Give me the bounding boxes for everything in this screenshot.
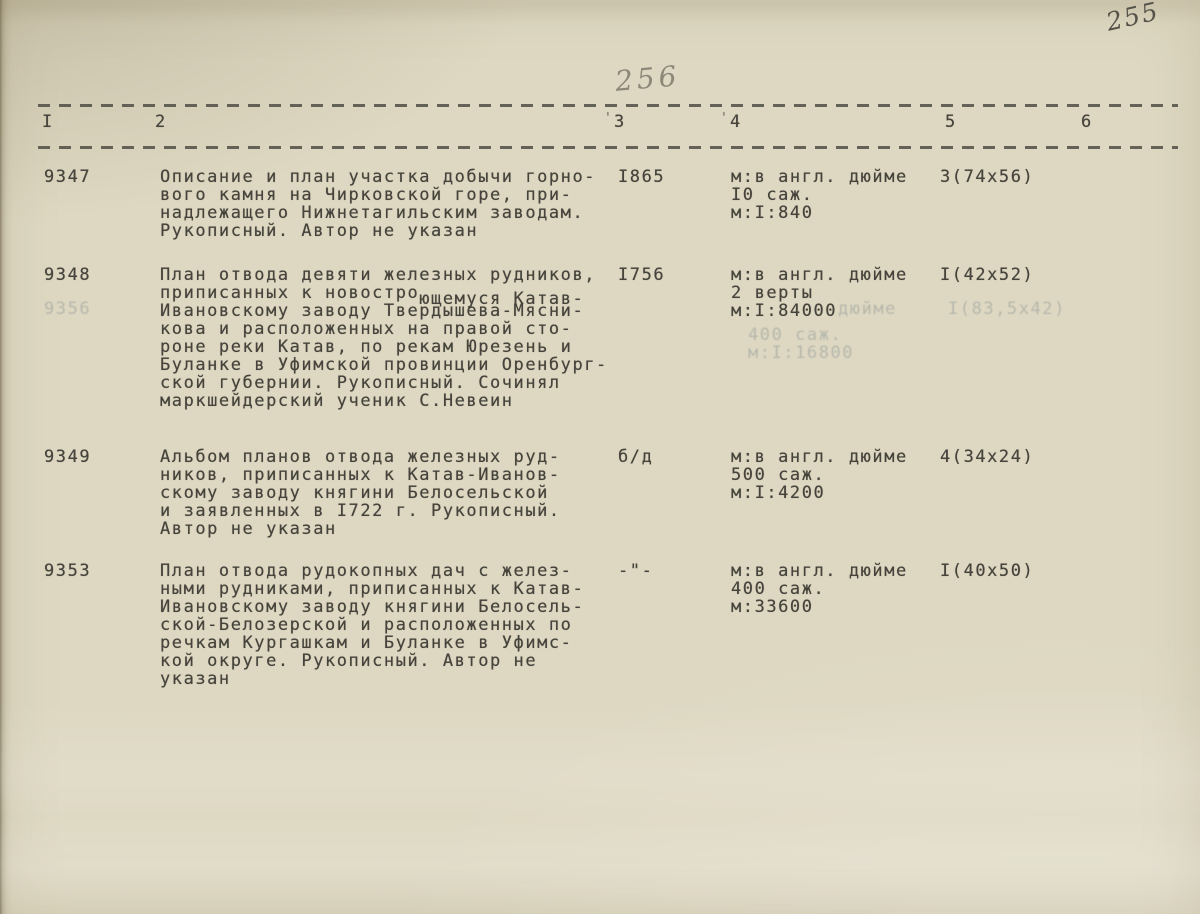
entry-description-line: План отвода девяти железных рудников, [160, 266, 630, 284]
entry-description-line: скому заводу княгини Белосельской [160, 484, 630, 502]
bleedthrough-text: м:I:16800 [748, 344, 854, 362]
entry-description-line: кова и расположенных на правой сто- [160, 320, 630, 338]
column-header-5: 5 [945, 113, 957, 131]
entry-description-line: ников, приписанных к Катав-Иванов- [160, 466, 630, 484]
entry-scale: м:в англ. дюйме I0 саж. м:I:840 [731, 168, 951, 222]
entry-id: 9353 [44, 562, 91, 580]
entry-description-line: речкам Кургашкам и Буланке в Уфимс- [160, 634, 630, 652]
bleedthrough-text: I(83,5х42) [948, 300, 1066, 318]
column-header-1: I [42, 113, 54, 131]
entry-size: 4(34х24) [940, 448, 1034, 466]
entry-date: I756 [618, 266, 665, 284]
entry-id: 9348 [44, 266, 91, 284]
entry-scale-line: м:в англ. дюйме [731, 448, 951, 466]
entry-description-line: маркшейдерский ученик С.Невеин [160, 392, 630, 410]
tick-mark: ' [604, 110, 613, 128]
entry-description-line: ными рудниками, приписанных к Катав- [160, 580, 630, 598]
entry-date: -"- [618, 562, 653, 580]
entry-scale: м:в англ. дюйме 500 саж. м:I:4200 [731, 448, 951, 502]
entry-date: б/д [618, 448, 653, 466]
entry-size: I(40х50) [940, 562, 1034, 580]
column-header-6: 6 [1081, 113, 1093, 131]
handwritten-page-number-center: 256 [614, 59, 682, 98]
entry-description-line: Ивановскому заводу княгини Белосель- [160, 598, 630, 616]
column-header-4: 4 [730, 113, 742, 131]
entry-description-line: Описание и план участка добычи горно- [160, 168, 630, 186]
entry-id: 9349 [44, 448, 91, 466]
bleedthrough-text: дюйме [838, 300, 897, 318]
entry-description-line: Автор не указан [160, 520, 630, 538]
entry-description-line: План отвода рудокопных дач с желез- [160, 562, 630, 580]
entry-description-line: ской губернии. Рукописный. Сочинял [160, 374, 630, 392]
entry-date: I865 [618, 168, 665, 186]
entry-description-line: указан [160, 670, 630, 688]
entry-description-line: Рукописный. Автор не указан [160, 222, 630, 240]
entry-description-line: приписанных к новостроющемуся Катав- [160, 284, 630, 302]
entry-id: 9347 [44, 168, 91, 186]
entry-scale-line: м:в англ. дюйме [731, 562, 951, 580]
entry-size: I(42х52) [940, 266, 1034, 284]
column-header-3: 3 [614, 113, 626, 131]
bleedthrough-text: 400 саж. [748, 326, 842, 344]
entry-description-line: Буланке в Уфимской провинции Оренбург- [160, 356, 630, 374]
scanned-archive-page: 256 255 I 2 ' 3 ' 4 5 6 9347 Описание и … [0, 0, 1200, 914]
entry-description-line: роне реки Катав, по рекам Юрезень и [160, 338, 630, 356]
entry-scale-line: м:в англ. дюйме [731, 266, 951, 284]
entry-description-segment-dropped: ющемуся Катав- [419, 289, 584, 309]
entry-description-line: вого камня на Чирковской горе, при- [160, 186, 630, 204]
entry-scale-line: 400 саж. [731, 580, 951, 598]
handwritten-page-number-corner: 255 [1103, 0, 1162, 37]
entry-description: Альбом планов отвода железных руд- ников… [160, 448, 630, 538]
entry-description: Описание и план участка добычи горно- во… [160, 168, 630, 240]
entry-scale-line: 500 саж. [731, 466, 951, 484]
column-header-2: 2 [155, 113, 167, 131]
entry-description-line: кой округе. Рукописный. Автор не [160, 652, 630, 670]
entry-description: План отвода рудокопных дач с желез- ными… [160, 562, 630, 688]
entry-scale-line: м:в англ. дюйме [731, 168, 951, 186]
table-rule-top [38, 104, 1178, 107]
table-rule-bottom [38, 146, 1178, 149]
bleedthrough-text: 9356 [44, 300, 91, 318]
scan-glare [0, 700, 1200, 914]
entry-description-line: надлежащего Нижнетагильским заводам. [160, 204, 630, 222]
entry-description-segment: приписанных к новостро [160, 283, 419, 303]
entry-description-line: ской-Белозерской и расположенных по [160, 616, 630, 634]
entry-scale: м:в англ. дюйме 400 саж. м:33600 [731, 562, 951, 616]
entry-description-line: Альбом планов отвода железных руд- [160, 448, 630, 466]
tick-mark: ' [720, 110, 729, 128]
entry-scale-line: м:I:4200 [731, 484, 951, 502]
entry-description-line: и заявленных в I722 г. Рукописный. [160, 502, 630, 520]
entry-scale-line: I0 саж. [731, 186, 951, 204]
entry-description: План отвода девяти железных рудников, пр… [160, 266, 630, 410]
entry-scale-line: м:33600 [731, 598, 951, 616]
entry-scale-line: м:I:840 [731, 204, 951, 222]
entry-size: 3(74х56) [940, 168, 1034, 186]
